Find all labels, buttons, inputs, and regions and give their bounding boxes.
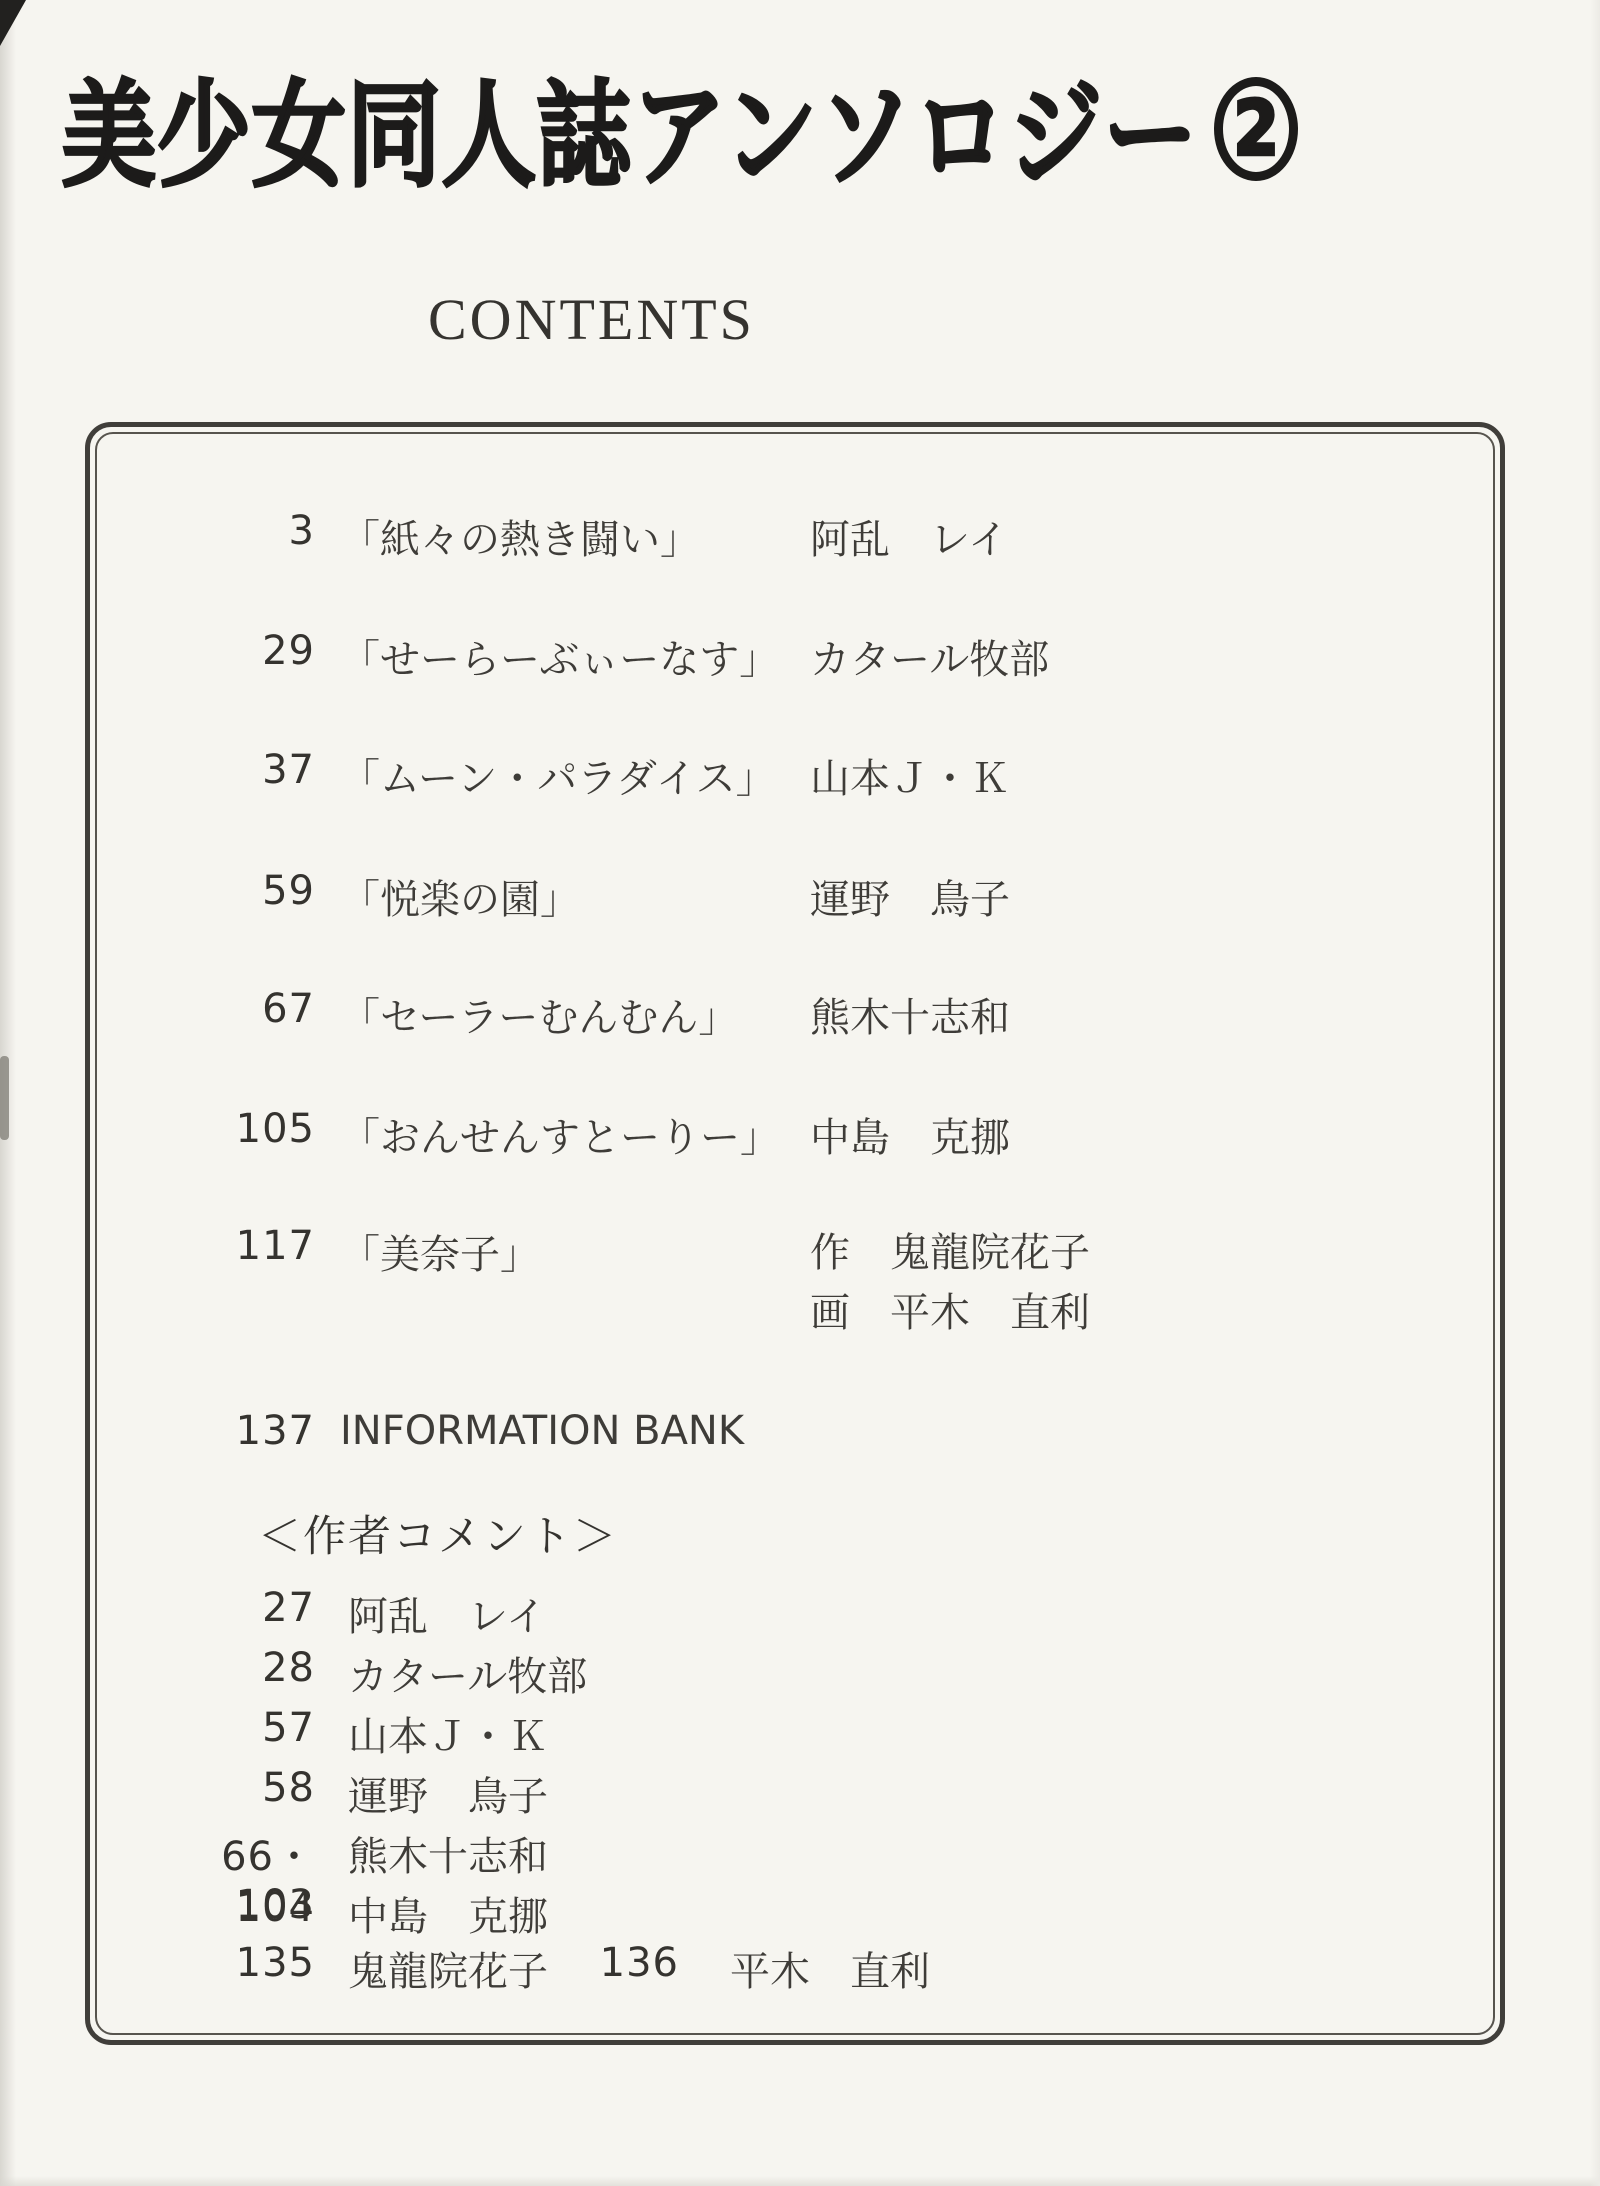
toc-box: 3 「紙々の熱き闘い」 阿乱 レイ 29 「せーらーぶぃーなす」 カタール牧部 … [85,422,1505,2045]
toc-entry: 67 「セーラーむんむん」 熊木十志和 [90,986,1500,1038]
comment-pages: 57 [145,1705,315,1751]
book-title: 美少女同人誌アンソロジー 2 [62,58,1298,193]
comment-pages: 104 [145,1885,315,1931]
scan-artifact-smudge [0,1056,9,1140]
comment-pages: 28 [145,1645,315,1691]
entry-title: 「セーラーむんむん」 [340,986,738,1043]
entry-author: 山本Ｊ・Ｋ [810,747,1010,804]
entry-title: INFORMATION BANK [340,1408,744,1454]
entry-author: 運野 鳥子 [810,868,1010,925]
toc-entry: 3 「紙々の熱き闘い」 阿乱 レイ [90,508,1500,560]
entry-page-number: 105 [145,1106,315,1152]
comment-name: 山本Ｊ・Ｋ [348,1705,548,1762]
contents-heading: CONTENTS [428,286,755,353]
comments-header: ＜作者コメント＞ [258,1503,618,1564]
entry-page-number: 59 [145,868,315,914]
entry-page-number: 3 [145,508,315,554]
comments-section-header-row: ＜作者コメント＞ [90,1503,1500,1555]
comment-name: 中島 克挪 [348,1885,548,1942]
volume-number: 2 [1233,84,1279,173]
toc-entry: 105 「おんせんすとーりー」 中島 克挪 [90,1106,1500,1158]
book-title-text: 美少女同人誌アンソロジー [62,43,1198,208]
comment-pages: 135 [145,1940,315,1986]
comment-name2: 平木 直利 [730,1940,930,1997]
comment-name: 熊木十志和 [348,1825,548,1882]
scanned-contents-page: 美少女同人誌アンソロジー 2 CONTENTS 3 「紙々の熱き闘い」 阿乱 レ… [0,0,1600,2186]
comment-pages: 58 [145,1765,315,1811]
volume-badge: 2 [1214,77,1298,181]
comment-row: 104 中島 克挪 [90,1885,1500,1937]
entry-author: カタール牧部 [810,628,1049,685]
toc-entry: 137 INFORMATION BANK [90,1408,1500,1460]
entry-page-number: 137 [145,1408,315,1454]
comment-row: 27 阿乱 レイ [90,1585,1500,1637]
entry-author: 中島 克挪 [810,1106,1010,1163]
toc-entry: 29 「せーらーぶぃーなす」 カタール牧部 [90,628,1500,680]
entry-title: 「紙々の熱き闘い」 [340,508,700,565]
toc-entry: 37 「ムーン・パラダイス」 山本Ｊ・Ｋ [90,747,1500,799]
entry-page-number: 67 [145,986,315,1032]
comment-pages: 27 [145,1585,315,1631]
entry-title: 「悦楽の園」 [340,868,580,925]
comment-row: 135 鬼龍院花子 136 平木 直利 [90,1940,1500,1992]
comment-row: 66・103 熊木十志和 [90,1825,1500,1877]
comment-name: 阿乱 レイ [348,1585,546,1642]
comment-row: 58 運野 鳥子 [90,1765,1500,1817]
entry-title: 「ムーン・パラダイス」 [340,747,776,804]
entry-page-number: 117 [145,1223,315,1269]
entry-author-line1: 作 鬼龍院花子 [810,1223,1090,1283]
comment-row: 28 カタール牧部 [90,1645,1500,1697]
entry-title: 「美奈子」 [340,1223,540,1280]
entry-page-number: 29 [145,628,315,674]
toc-entry: 59 「悦楽の園」 運野 鳥子 [90,868,1500,920]
entry-page-number: 37 [145,747,315,793]
toc-entry: 117 「美奈子」 作 鬼龍院花子 画 平木 直利 [90,1223,1500,1275]
entry-author-line2: 画 平木 直利 [810,1283,1090,1343]
entry-author: 作 鬼龍院花子 画 平木 直利 [810,1223,1090,1343]
entry-author: 阿乱 レイ [810,508,1008,565]
comment-name: カタール牧部 [348,1645,587,1702]
entry-author: 熊木十志和 [810,986,1010,1043]
comment-pages2: 136 [509,1940,679,1986]
entry-title: 「おんせんすとーりー」 [340,1106,780,1163]
scan-artifact-corner [0,0,26,46]
comment-row: 57 山本Ｊ・Ｋ [90,1705,1500,1757]
comment-name: 運野 鳥子 [348,1765,548,1822]
entry-title: 「せーらーぶぃーなす」 [340,628,779,685]
